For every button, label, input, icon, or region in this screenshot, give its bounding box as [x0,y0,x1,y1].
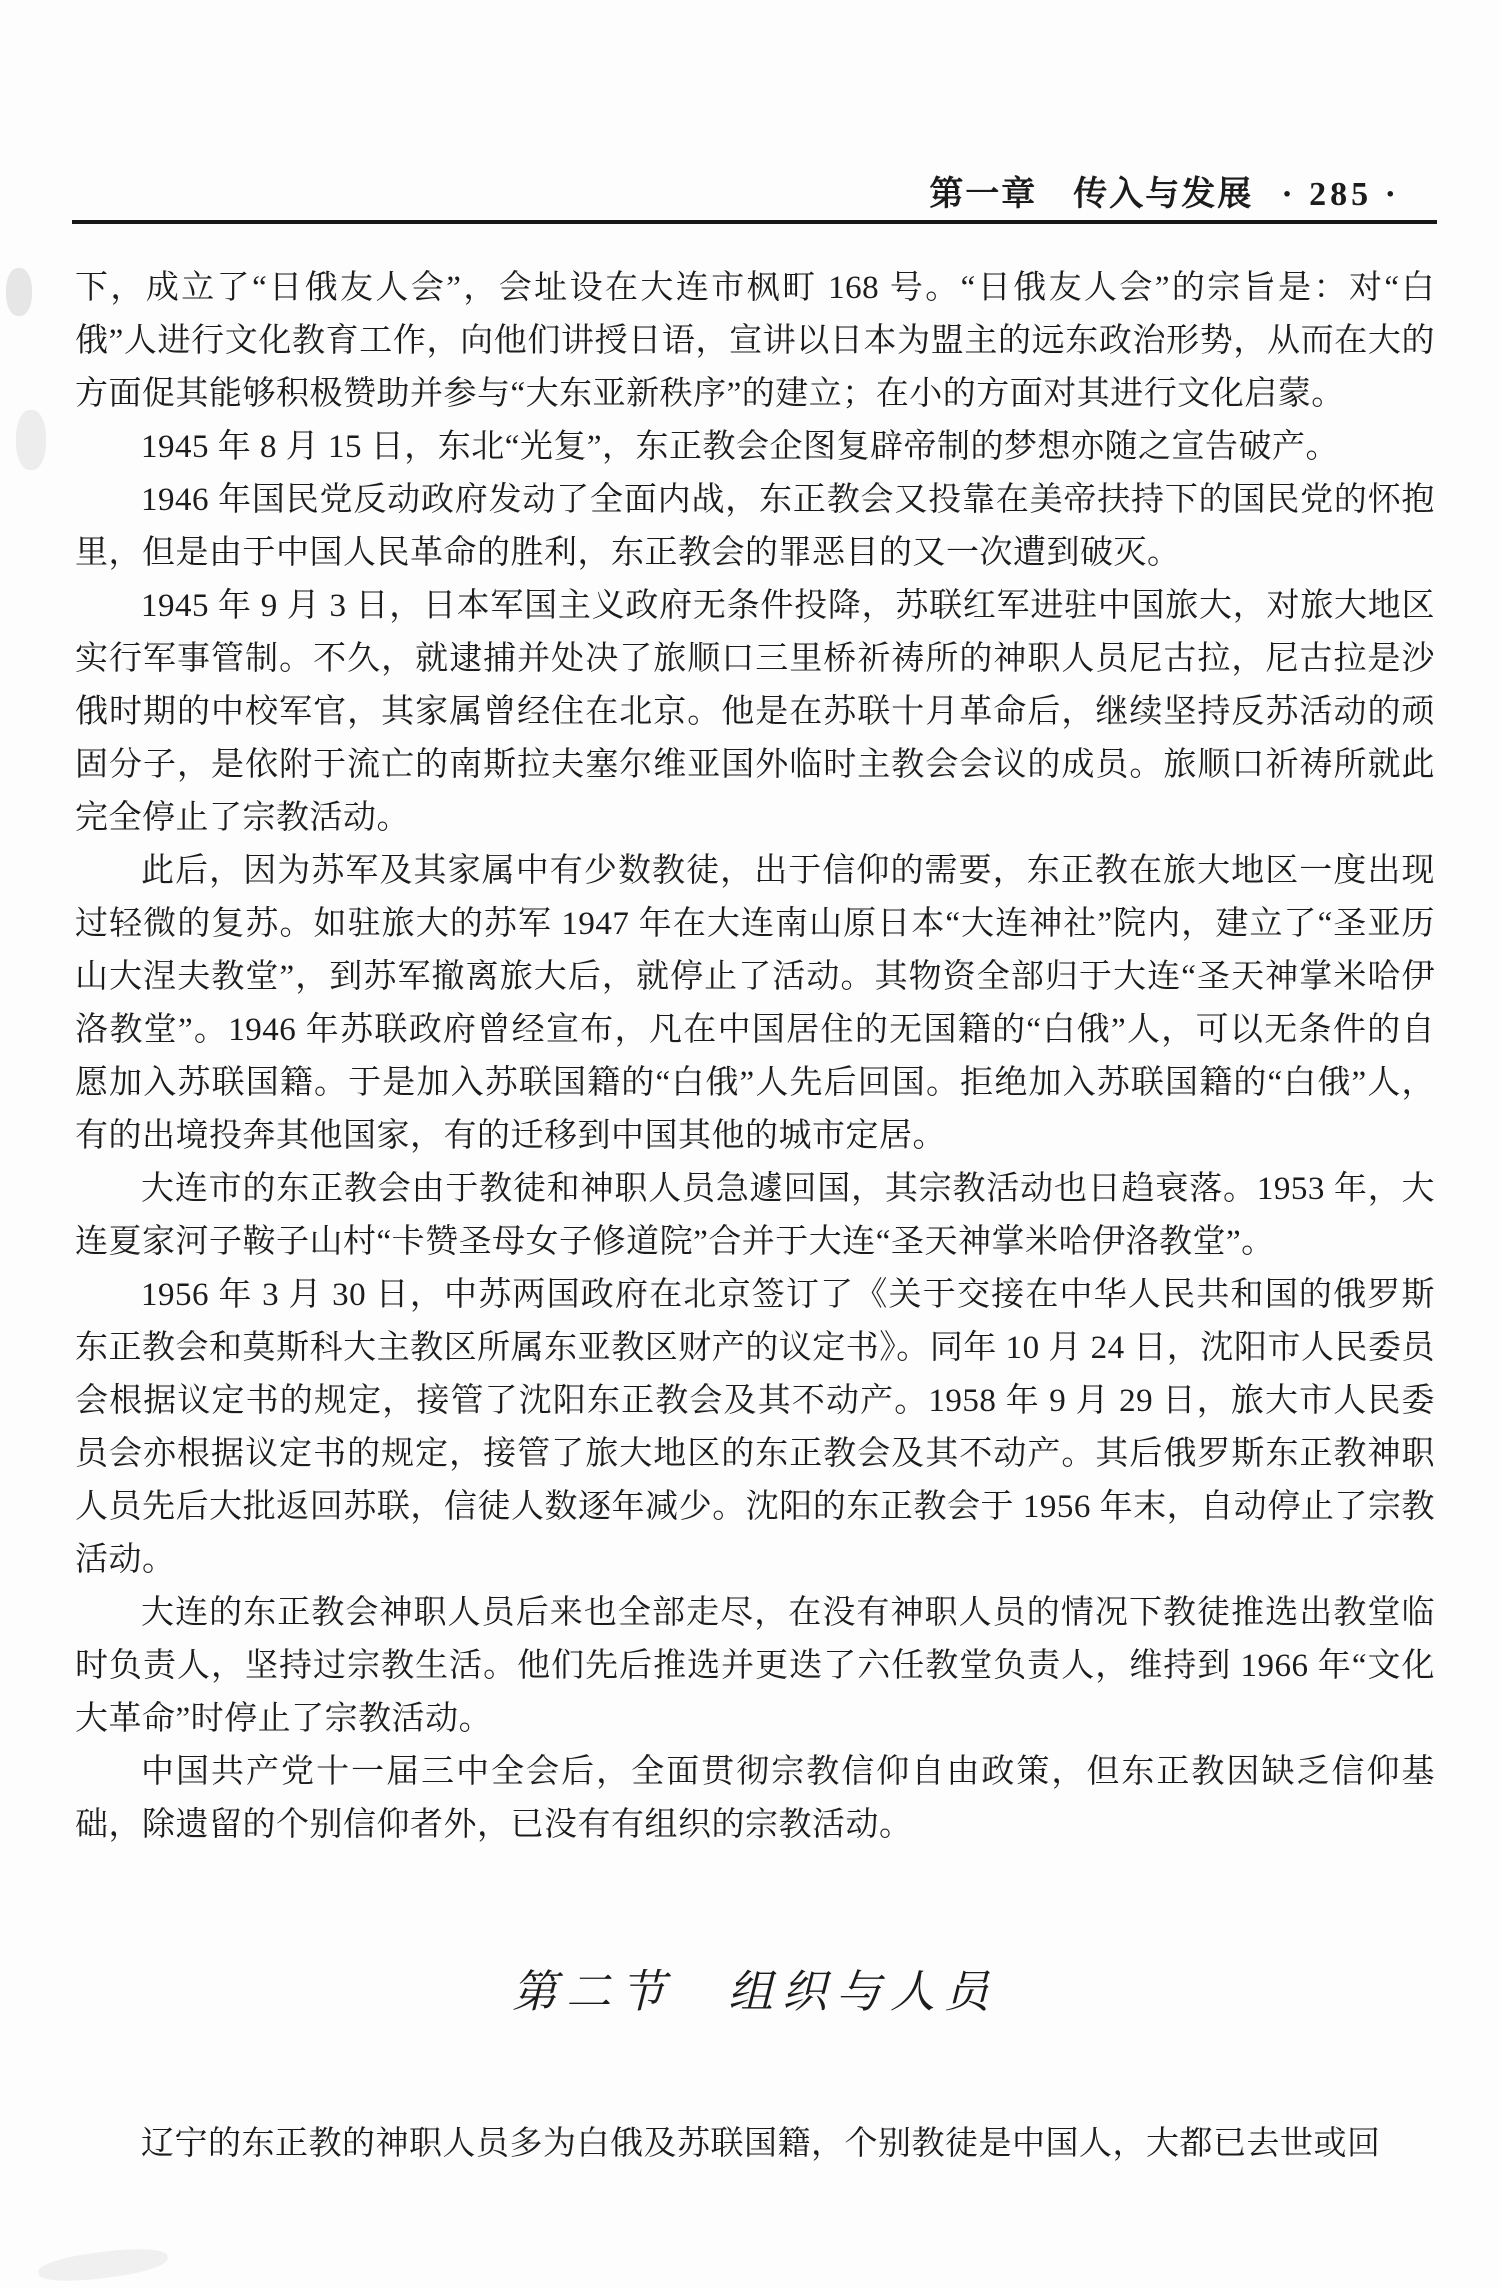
paragraph-9: 中国共产党十一届三中全会后，全面贯彻宗教信仰自由政策，但东正教因缺乏信仰基础，除… [75,1746,1435,1852]
section-heading: 第二节 组织与人员 [75,1962,1435,2022]
paragraph-8: 大连的东正教会神职人员后来也全部走尽，在没有神职人员的情况下教徒推选出教堂临时负… [75,1587,1435,1746]
page-number: · 285 · [1281,176,1400,214]
body-text: 下，成立了“日俄友人会”，会址设在大连市枫町 168 号。“日俄友人会”的宗旨是… [75,262,1435,2171]
header-rule [72,220,1437,224]
paragraph-1: 下，成立了“日俄友人会”，会址设在大连市枫町 168 号。“日俄友人会”的宗旨是… [75,262,1435,421]
chapter-title: 第一章 传入与发展 [929,166,1253,215]
paragraph-3: 1946 年国民党反动政府发动了全面内战，东正教会又投靠在美帝扶持下的国民党的怀… [75,474,1435,580]
paragraph-5: 此后，因为苏军及其家属中有少数教徒，出于信仰的需要，东正教在旅大地区一度出现过轻… [75,845,1435,1163]
book-page: 第一章 传入与发展 · 285 · 下，成立了“日俄友人会”，会址设在大连市枫町… [0,0,1500,2288]
final-paragraph: 辽宁的东正教的神职人员多为白俄及苏联国籍，个别教徒是中国人，大都已去世或回 [75,2118,1435,2171]
page-header: 第一章 传入与发展 · 285 · [0,166,1400,215]
scan-artifact [16,410,46,470]
paragraph-7: 1956 年 3 月 30 日，中苏两国政府在北京签订了《关于交接在中华人民共和… [75,1269,1435,1587]
scan-artifact [6,268,32,316]
paragraph-2: 1945 年 8 月 15 日，东北“光复”，东正教会企图复辟帝制的梦想亦随之宣… [75,421,1435,474]
paragraph-4: 1945 年 9 月 3 日，日本军国主义政府无条件投降，苏联红军进驻中国旅大，… [75,580,1435,845]
paragraph-6: 大连市的东正教会由于教徒和神职人员急遽回国，其宗教活动也日趋衰落。1953 年，… [75,1163,1435,1269]
scan-artifact [37,2244,169,2286]
